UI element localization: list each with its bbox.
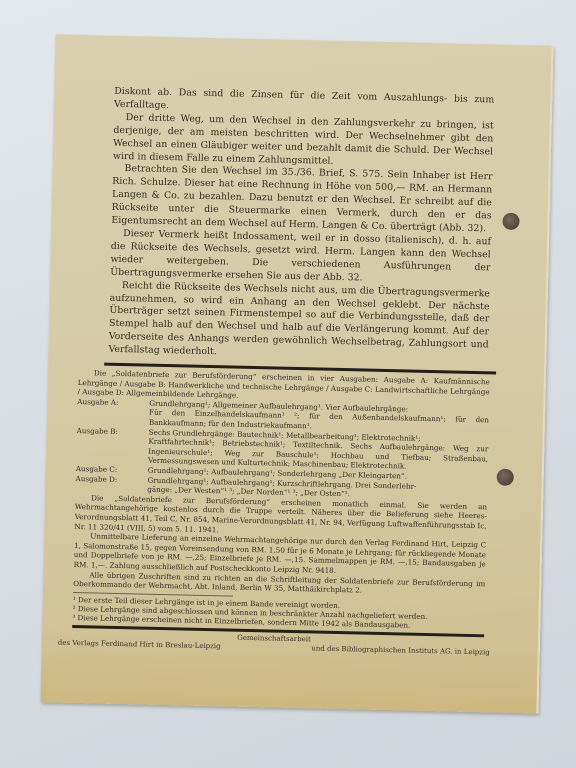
punch-hole <box>497 469 514 486</box>
paragraph: Der dritte Weg, um den Wechsel in den Za… <box>113 112 494 172</box>
document-page: Diskont ab. Das sind die Zinsen für die … <box>40 34 553 713</box>
paragraph: Betrachten Sie den Wechsel im 35./36. Br… <box>111 163 492 236</box>
main-text: Diskont ab. Das sind die Zinsen für die … <box>108 86 494 366</box>
page-content: Diskont ab. Das sind die Zinsen für die … <box>102 86 495 657</box>
paragraph: Dieser Vermerk heißt Indossament, weil e… <box>110 228 491 288</box>
paragraph: Reicht die Rückseite des Wechsels nicht … <box>108 279 490 365</box>
punch-hole <box>502 213 519 230</box>
publication-notice: Die „Soldatenbriefe zur Berufsförderung“… <box>73 368 490 598</box>
